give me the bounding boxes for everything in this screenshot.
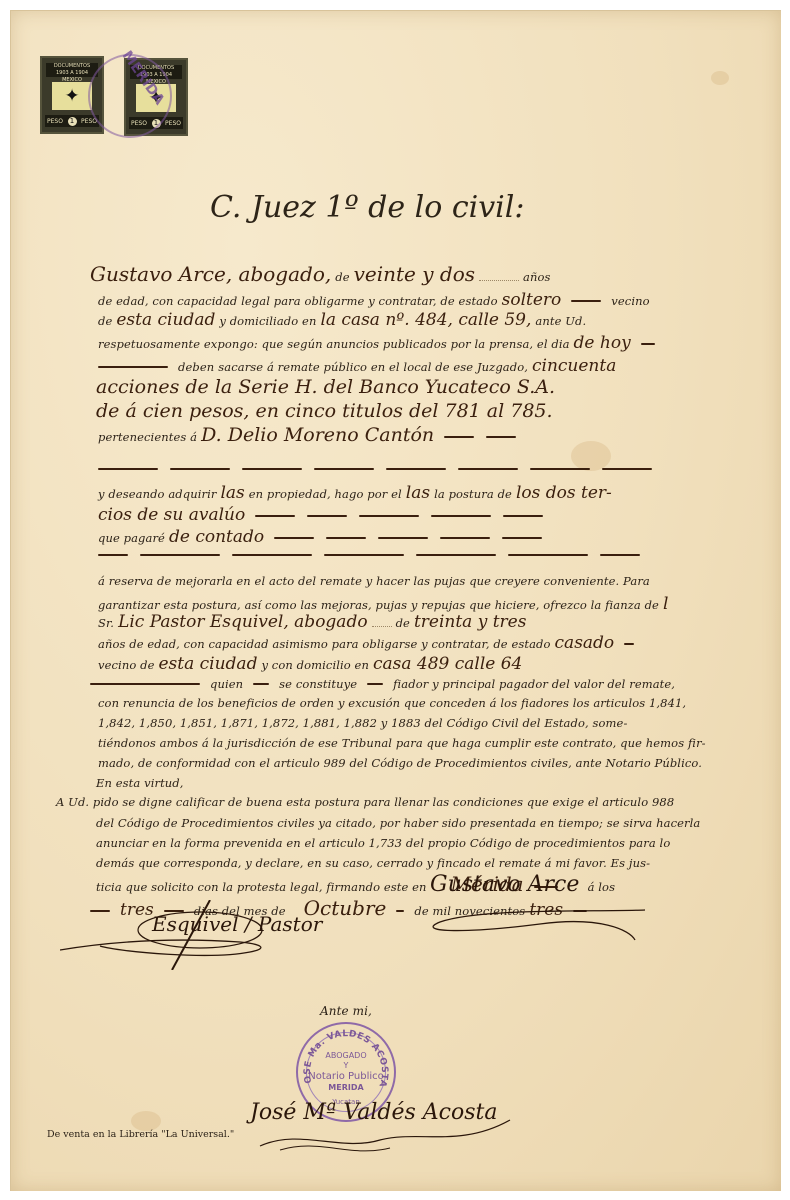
printed-text: y domiciliado en bbox=[219, 314, 316, 328]
body-line-12: á reserva de mejorarla en el acto del re… bbox=[98, 574, 650, 588]
filler-line bbox=[98, 460, 658, 478]
paper-stain bbox=[131, 1111, 161, 1131]
handwritten-titles: de á cien pesos, en cinco titulos del 78… bbox=[96, 400, 553, 422]
printed-text: años de edad, con capacidad asimismo par… bbox=[98, 637, 551, 651]
body-line-22: En esta virtud, bbox=[96, 776, 184, 790]
handwritten-date: de hoy bbox=[574, 333, 631, 353]
printed-text: de bbox=[335, 270, 349, 284]
handwritten-address: casa 489 calle 64 bbox=[373, 654, 522, 674]
handwritten-residence: esta ciudad bbox=[158, 654, 257, 674]
handwritten-marital-status: soltero bbox=[502, 290, 562, 310]
handwritten-text: las bbox=[406, 483, 430, 503]
printed-text: ante Ud. bbox=[535, 314, 586, 328]
handwritten-bid: los dos ter- bbox=[516, 483, 612, 503]
handwritten-quantity: cincuenta bbox=[532, 356, 616, 376]
body-line-1: Gustavo Arce, abogado, de veinte y dos a… bbox=[90, 262, 551, 286]
printed-text: se constituye bbox=[279, 677, 357, 691]
printed-text: vecino de bbox=[98, 658, 154, 672]
stamp-center: ✦ bbox=[52, 82, 92, 110]
eagle-emblem-icon: ✦ bbox=[64, 86, 79, 107]
printed-text: fiador y principal pagador del valor del… bbox=[393, 677, 675, 691]
salutation: C. Juez 1º de lo civil: bbox=[210, 190, 524, 225]
notary-label: Ante mi, bbox=[320, 1004, 372, 1018]
seal-line: Notario Publico bbox=[298, 1071, 394, 1082]
body-line-18: con renuncia de los beneficios de orden … bbox=[98, 696, 686, 710]
handwritten-name: Gustavo Arce, abogado, bbox=[90, 262, 331, 286]
body-line-26: demás que corresponda, y declare, en su … bbox=[96, 856, 650, 870]
handwritten-marital-status: casado bbox=[555, 633, 615, 653]
petitioner-signature: Gustavo Arce bbox=[430, 872, 579, 897]
printed-text: de bbox=[98, 314, 112, 328]
handwritten-residence: esta ciudad bbox=[116, 310, 215, 330]
handwritten-shares: acciones de la Serie H. del Banco Yucate… bbox=[96, 376, 555, 398]
printed-text: garantizar esta postura, así como las me… bbox=[98, 598, 659, 612]
printed-text: la postura de bbox=[434, 487, 512, 501]
body-line-3: de esta ciudad y domiciliado en la casa … bbox=[98, 310, 586, 330]
printed-text: quien bbox=[210, 677, 243, 691]
printed-text: de edad, con capacidad legal para obliga… bbox=[98, 294, 498, 308]
printed-text: ticia que solicito con la protesta legal… bbox=[96, 880, 427, 894]
body-line-5: deben sacarse á remate público en el loc… bbox=[98, 356, 616, 376]
body-line-17: quien se constituye fiador y principal p… bbox=[90, 675, 675, 693]
printed-text: y deseando adquirir bbox=[98, 487, 216, 501]
body-line-21: mado, de conformidad con el articulo 989… bbox=[98, 756, 702, 770]
stamp-header: DOCUMENTOS1903 A 1904 MEXICO bbox=[46, 63, 98, 77]
printed-text: en propiedad, hago por el bbox=[249, 487, 402, 501]
handwritten-text: l bbox=[663, 594, 668, 614]
body-line-19: 1,842, 1,850, 1,851, 1,871, 1,872, 1,881… bbox=[98, 716, 627, 730]
seal-line: MERIDA bbox=[298, 1083, 394, 1092]
handwritten-bid: cios de su avalúo bbox=[98, 505, 245, 525]
body-line-2: de edad, con capacidad legal para obliga… bbox=[98, 290, 650, 310]
paper-stain bbox=[711, 71, 729, 85]
body-line-13: garantizar esta postura, así como las me… bbox=[98, 594, 668, 614]
printed-text: y con domicilio en bbox=[261, 658, 369, 672]
printed-text: años bbox=[523, 270, 551, 284]
body-line-11: que pagaré de contado bbox=[98, 527, 548, 547]
filler-line bbox=[98, 546, 646, 564]
body-line-15: años de edad, con capacidad asimismo par… bbox=[98, 633, 640, 653]
handwritten-payment: de contado bbox=[169, 527, 264, 547]
body-line-8: pertenecientes á D. Delio Moreno Cantón bbox=[98, 424, 522, 446]
printed-text: de bbox=[396, 616, 410, 630]
handwritten-address: la casa nº. 484, calle 59, bbox=[320, 310, 531, 330]
body-line-20: tiéndonos ambos á la jurisdicción de ese… bbox=[98, 736, 706, 750]
printed-text: Sr. bbox=[98, 616, 114, 630]
footer-note: De venta en la Librería "La Universal." bbox=[47, 1129, 234, 1140]
seal-line: Y bbox=[298, 1061, 394, 1070]
handwritten-guarantor: Lic Pastor Esquivel, abogado bbox=[118, 612, 367, 632]
body-line-25: anunciar en la forma prevenida en el art… bbox=[96, 836, 670, 850]
body-line-4: respetuosamente expongo: que según anunc… bbox=[98, 333, 661, 353]
petitioner-signature-flourish bbox=[420, 900, 650, 945]
notary-signature-flourish bbox=[240, 1118, 520, 1158]
body-line-14: Sr. Lic Pastor Esquivel, abogado de trei… bbox=[98, 612, 526, 632]
handwritten-age: veinte y dos bbox=[354, 262, 475, 286]
handwritten-age: treinta y tres bbox=[414, 612, 527, 632]
body-line-6: acciones de la Serie H. del Banco Yucate… bbox=[96, 376, 555, 398]
body-line-23: A Ud. pido se digne calificar de buena e… bbox=[56, 795, 674, 809]
handwritten-text: las bbox=[220, 483, 244, 503]
body-line-9: y deseando adquirir las en propiedad, ha… bbox=[98, 483, 612, 503]
stamp-footer: PESO1PESO bbox=[45, 115, 99, 127]
guarantor-signature-flourish bbox=[60, 900, 320, 970]
seal-line: ABOGADO bbox=[298, 1051, 394, 1060]
printed-text: respetuosamente expongo: que según anunc… bbox=[98, 337, 570, 351]
body-line-16: vecino de esta ciudad y con domicilio en… bbox=[98, 654, 522, 674]
handwritten-owner: D. Delio Moreno Cantón bbox=[201, 424, 434, 446]
printed-text: que pagaré bbox=[98, 531, 165, 545]
printed-text: vecino bbox=[611, 294, 649, 308]
body-line-24: del Código de Procedimientos civiles ya … bbox=[96, 816, 700, 830]
printed-text: á los bbox=[588, 880, 616, 894]
printed-text: pertenecientes á bbox=[98, 430, 197, 444]
body-line-10: cios de su avalúo bbox=[98, 505, 549, 525]
printed-text: sacarse á remate público en el local de … bbox=[218, 360, 528, 374]
handwritten-text: deben bbox=[178, 360, 214, 374]
body-line-7: de á cien pesos, en cinco titulos del 78… bbox=[96, 400, 553, 422]
